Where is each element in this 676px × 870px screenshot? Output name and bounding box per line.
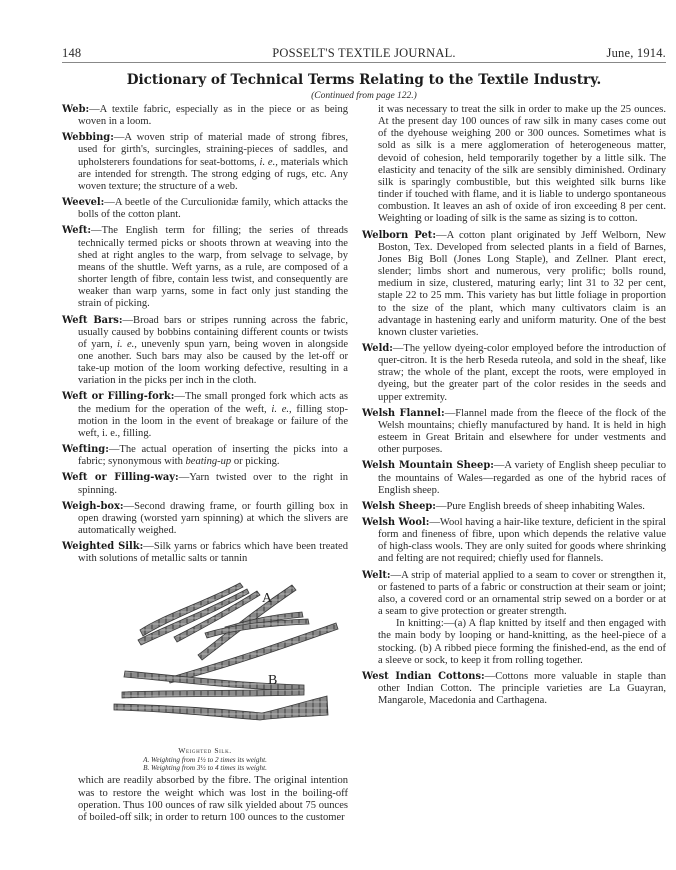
entry-web: Web:—A textile fabric, especially as in … (62, 104, 348, 128)
figure-label-a: A (262, 593, 272, 605)
definition-italic: beating-up (186, 456, 232, 467)
weighted-silk-continuation-right: it was necessary to treat the silk in or… (362, 104, 666, 226)
right-column: it was necessary to treat the silk in or… (362, 104, 666, 711)
definition: —The yellow dyeing-color employed before… (378, 343, 666, 403)
term: Welsh Flannel: (362, 408, 445, 419)
entry-welt: Welt:—A strip of material applied to a s… (362, 570, 666, 619)
entry-wefting: Wefting:—The actual operation of inserti… (62, 444, 348, 468)
entry-weft-bars: Weft Bars:—Broad bars or stripes running… (62, 315, 348, 388)
figure-caption: Weighted Silk. A. Weighting from 1½ to 2… (62, 747, 348, 772)
entry-west-indian-cottons: West Indian Cottons:—Cottons more valuab… (362, 671, 666, 707)
entry-weighted-silk: Weighted Silk:—Silk yarns or fabrics whi… (62, 541, 348, 565)
entry-welsh-mountain-sheep: Welsh Mountain Sheep:—A variety of Engli… (362, 460, 666, 496)
figure-label-b: B (268, 675, 277, 687)
journal-title: POSSELT'S TEXTILE JOURNAL. (62, 46, 666, 61)
term: Weft: (62, 225, 91, 236)
term: Weighted Silk: (62, 541, 143, 552)
caption-a: A. Weighting from 1½ to 2 times its weig… (62, 756, 348, 764)
term: Weevel: (62, 197, 104, 208)
running-header: 148 POSSELT'S TEXTILE JOURNAL. June, 191… (62, 44, 666, 63)
entry-welsh-flannel: Welsh Flannel:—Flannel made from the fle… (362, 408, 666, 457)
entry-welsh-wool: Welsh Wool:—Wool having a hair-like text… (362, 517, 666, 566)
caption-title: Weighted Silk. (62, 747, 348, 755)
term: Welt: (362, 570, 391, 581)
entry-weft-filling-fork: Weft or Filling-fork:—The small pronged … (62, 391, 348, 440)
term: Webbing: (62, 132, 114, 143)
definition-italic: i. e., (260, 157, 278, 168)
caption-b: B. Weighting from 3½ to 4 times its weig… (62, 764, 348, 772)
term: Weld: (362, 343, 393, 354)
welt-knitting-definition: In knitting:—(a) A flap knitted by itsel… (362, 618, 666, 667)
continued-note: (Continued from page 122.) (62, 91, 666, 101)
term: Weft Bars: (62, 315, 122, 326)
entry-weft: Weft:—The English term for filling; the … (62, 225, 348, 310)
definition: —The English term for filling; the serie… (78, 225, 348, 309)
entry-weld: Weld:—The yellow dyeing-color employed b… (362, 343, 666, 404)
left-column: Web:—A textile fabric, especially as in … (62, 104, 348, 824)
entry-weigh-box: Weigh-box:—Second drawing frame, or four… (62, 501, 348, 537)
weighted-silk-illustration: A B (62, 575, 348, 745)
entry-webbing: Webbing:—A woven strip of material made … (62, 132, 348, 193)
entry-welborn-pet: Welborn Pet:—A cotton plant originated b… (362, 230, 666, 339)
definition: or picking. (231, 456, 279, 467)
definition: —A textile fabric, especially as in the … (78, 104, 348, 127)
term: Weft or Filling-fork: (62, 391, 174, 402)
term: Welborn Pet: (362, 230, 436, 241)
definition: —A cotton plant originated by Jeff Welbo… (378, 230, 666, 338)
definition-italic: i. e., (271, 404, 291, 415)
definition: —A strip of material applied to a seam t… (378, 570, 666, 617)
definition: —A beetle of the Curculionidæ family, wh… (78, 197, 348, 220)
term: Welsh Sheep: (362, 501, 436, 512)
article-title: Dictionary of Technical Terms Relating t… (62, 72, 666, 88)
silk-fibres-engraving (62, 575, 348, 745)
weighted-silk-continuation: which are readily absorbed by the fibre.… (62, 775, 348, 824)
term: Welsh Wool: (362, 517, 429, 528)
entry-weevel: Weevel:—A beetle of the Curculionidæ fam… (62, 197, 348, 221)
entry-welsh-sheep: Welsh Sheep:—Pure English breeds of shee… (362, 501, 666, 513)
definition: —Pure English breeds of sheep inhabiting… (436, 501, 645, 512)
entry-weft-filling-way: Weft or Filling-way:—Yarn twisted over t… (62, 472, 348, 496)
term: Welsh Mountain Sheep: (362, 460, 494, 471)
term: West Indian Cottons: (362, 671, 485, 682)
term: Weft or Filling-way: (62, 472, 179, 483)
term: Web: (62, 104, 89, 115)
term: Weigh-box: (62, 501, 124, 512)
term: Wefting: (62, 444, 109, 455)
issue-date: June, 1914. (607, 46, 667, 61)
definition-italic: i. e., (117, 339, 137, 350)
